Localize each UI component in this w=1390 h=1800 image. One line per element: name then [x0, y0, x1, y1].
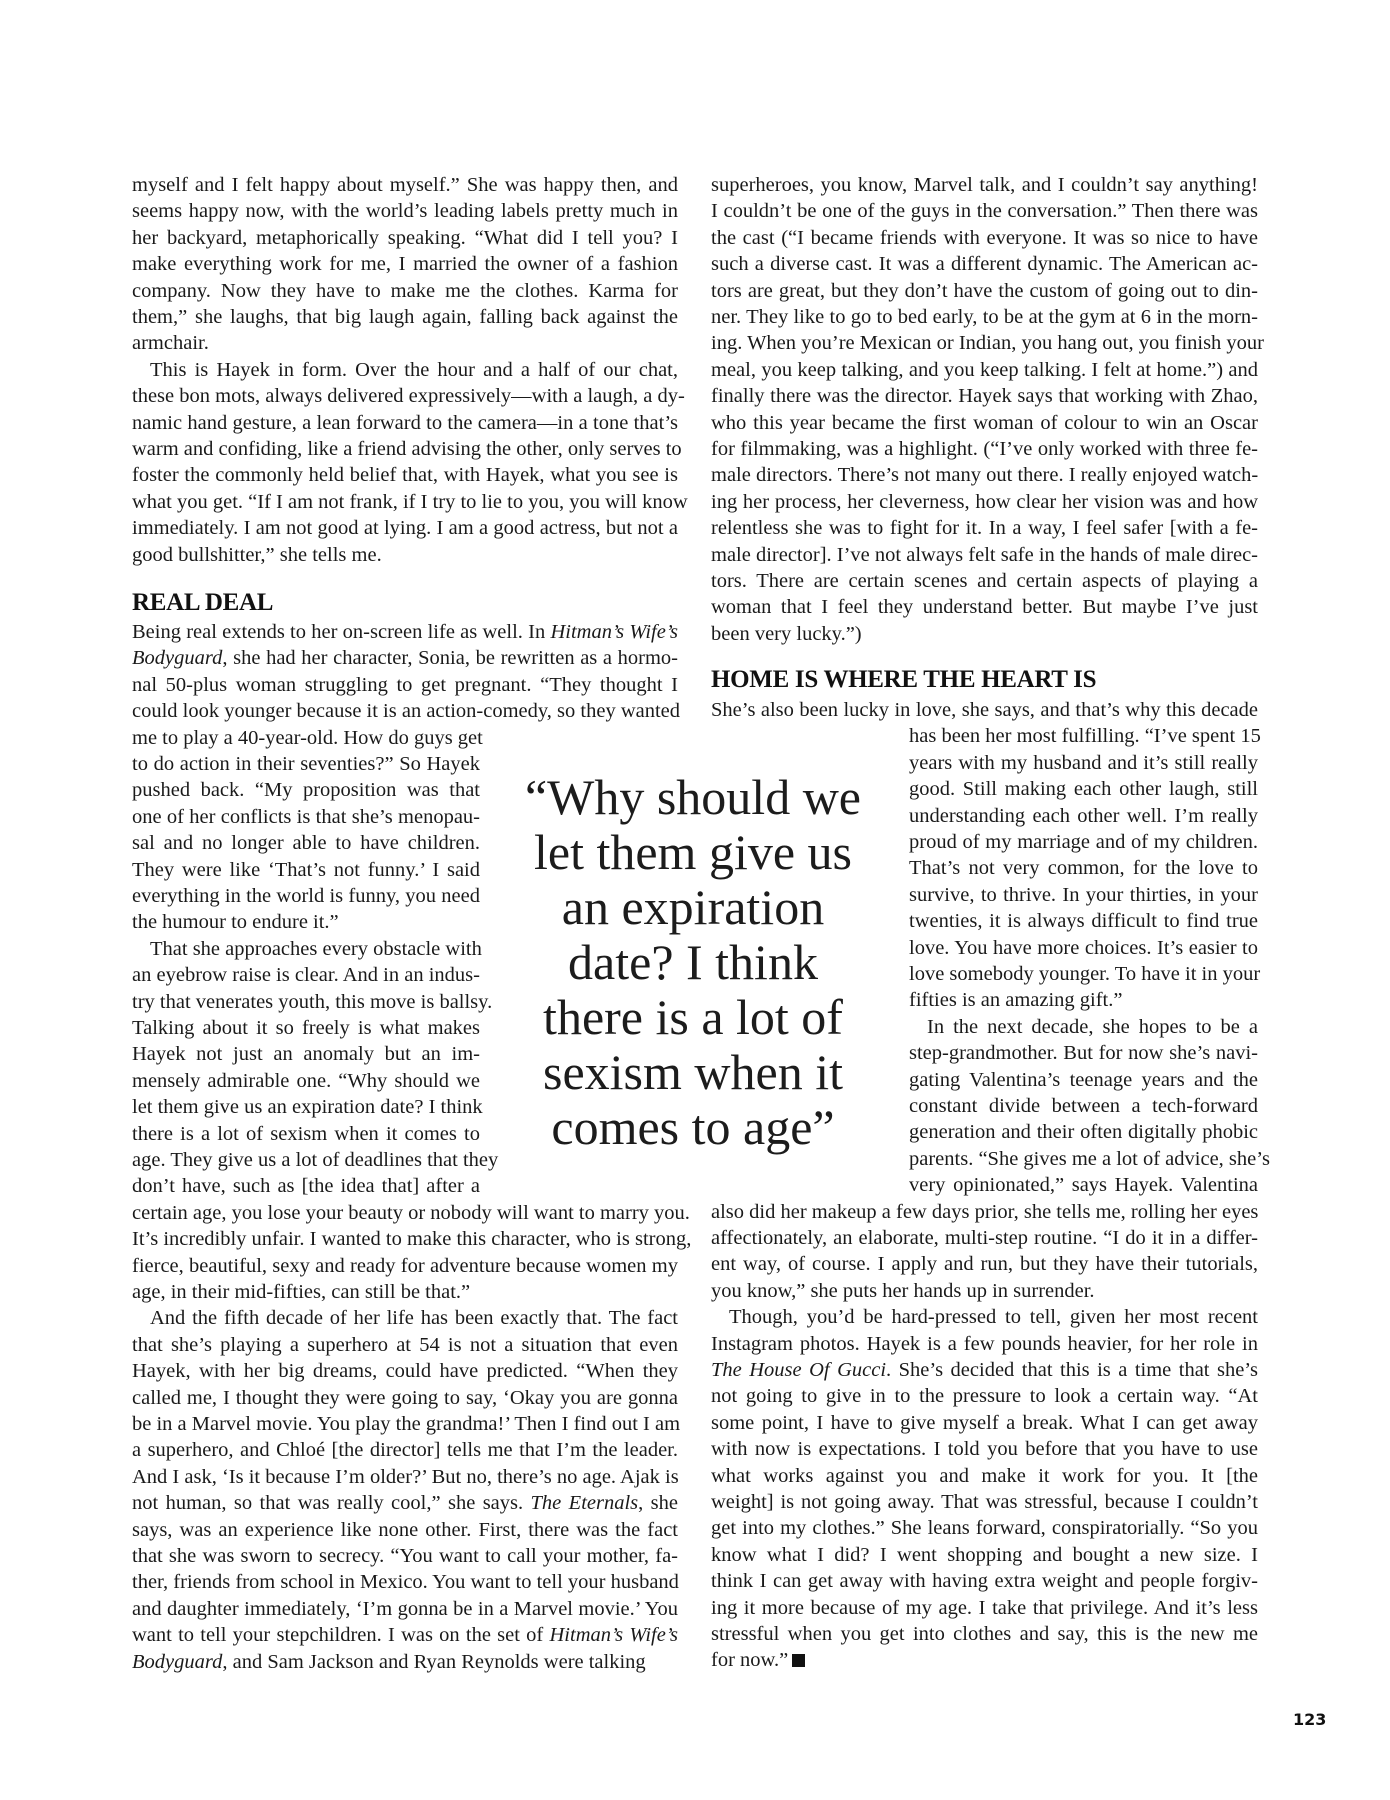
body-text-line: ing her process, her cleverness, how cle… — [711, 489, 1258, 515]
body-text-line: seems happy now, with the world’s leadin… — [132, 198, 678, 224]
body-text-line: step-grandmother. But for now she’s navi… — [909, 1040, 1258, 1066]
pull-quote-line: an expiration — [520, 880, 866, 935]
body-text-line: finally there was the director. Hayek sa… — [711, 383, 1258, 409]
body-text-line: very opinionated,” says Hayek. Valentina — [909, 1172, 1258, 1198]
body-text-line: survive, to thrive. In your thirties, in… — [909, 882, 1258, 908]
italic-title: Bodyguard — [132, 1651, 222, 1673]
body-text-line: ing. When you’re Mexican or Indian, you … — [711, 330, 1258, 356]
body-text-line: age. They give us a lot of deadlines tha… — [132, 1147, 480, 1173]
body-text-line: Hayek, with her big dreams, could have p… — [132, 1358, 678, 1384]
pull-quote: “Why should we let them give us an expir… — [520, 770, 866, 1155]
body-text-line: sal and no longer able to have children. — [132, 830, 480, 856]
body-text-line: That she approaches every obstacle with — [132, 936, 480, 962]
body-text-line: foster the commonly held belief that, wi… — [132, 462, 678, 488]
body-text-line: They were like ‘That’s not funny.’ I sai… — [132, 857, 480, 883]
body-text-line: an eyebrow raise is clear. And in an ind… — [132, 962, 480, 988]
body-text-line: love. You have more choices. It’s easier… — [909, 935, 1258, 961]
body-text-line: tors. There are certain scenes and certa… — [711, 568, 1258, 594]
body-text-line: constant divide between a tech-forward — [909, 1093, 1258, 1119]
body-text-line: her backyard, metaphorically speaking. “… — [132, 225, 678, 251]
body-text-line: ner. They like to go to bed early, to be… — [711, 304, 1258, 330]
body-text-line: there is a lot of sexism when it comes t… — [132, 1121, 480, 1147]
body-text-line: tors are great, but they don’t have the … — [711, 278, 1258, 304]
body-text-line: relentless she was to fight for it. In a… — [711, 515, 1258, 541]
magazine-page: REAL DEAL HOME IS WHERE THE HEART IS “Wh… — [0, 0, 1390, 1800]
body-text-line: has been her most fulfilling. “I’ve spen… — [909, 723, 1258, 749]
body-text-line: gating Valentina’s teenage years and the — [909, 1067, 1258, 1093]
pull-quote-line: sexism when it — [520, 1045, 866, 1100]
body-text-line: ent way, of course. I apply and run, but… — [711, 1251, 1258, 1277]
body-text-line: let them give us an expiration date? I t… — [132, 1094, 480, 1120]
body-text-line: immediately. I am not good at lying. I a… — [132, 515, 678, 541]
body-text-line: generation and their often digitally pho… — [909, 1119, 1258, 1145]
body-text-line: with now is expectations. I told you bef… — [711, 1436, 1258, 1462]
pull-quote-line: comes to age” — [520, 1100, 866, 1155]
body-text-line: fierce, beautiful, sexy and ready for ad… — [132, 1253, 678, 1279]
body-text-line: Bodyguard, and Sam Jackson and Ryan Reyn… — [132, 1649, 678, 1675]
pull-quote-line: date? I think — [520, 935, 866, 990]
body-text-line: years with my husband and it’s still rea… — [909, 750, 1258, 776]
body-text-line: me to play a 40-year-old. How do guys ge… — [132, 725, 480, 751]
body-text-line: nal 50-plus woman struggling to get preg… — [132, 672, 678, 698]
body-text-line: weight] is not going away. That was stre… — [711, 1489, 1258, 1515]
body-text-line: don’t have, such as [the idea that] afte… — [132, 1173, 480, 1199]
body-text-line: try that venerates youth, this move is b… — [132, 989, 480, 1015]
body-text-line: everything in the world is funny, you ne… — [132, 883, 480, 909]
end-mark-square-icon — [792, 1654, 805, 1667]
body-text-line: Hayek not just an anomaly but an im- — [132, 1041, 480, 1067]
italic-title: The Eternals — [531, 1492, 639, 1514]
body-text-line: one of her conflicts is that she’s menop… — [132, 804, 480, 830]
body-text-line: could look younger because it is an acti… — [132, 698, 678, 724]
body-text-line: called me, I thought they were going to … — [132, 1385, 678, 1411]
body-text-line: Bodyguard, she had her character, Sonia,… — [132, 645, 678, 671]
body-text-line: such a diverse cast. It was a different … — [711, 251, 1258, 277]
body-text-line: twenties, it is always difficult to find… — [909, 908, 1258, 934]
body-text-line: think I can get away with having extra w… — [711, 1568, 1258, 1594]
body-text-line: understanding each other well. I’m reall… — [909, 803, 1258, 829]
italic-title: Hitman’s Wife’s — [550, 1624, 679, 1646]
italic-title: The House Of Gucci — [711, 1359, 886, 1381]
body-text-line: Being real extends to her on-screen life… — [132, 619, 678, 645]
body-text-line: and daughter immediately, ‘I’m gonna be … — [132, 1596, 678, 1622]
body-text-line: good bullshitter,” she tells me. — [132, 542, 678, 568]
body-text-line: certain age, you lose your beauty or nob… — [132, 1200, 678, 1226]
body-text-line: It’s incredibly unfair. I wanted to make… — [132, 1226, 678, 1252]
body-text-line: fifties is an amazing gift.” — [909, 987, 1258, 1013]
body-text-line: to do action in their seventies?” So Hay… — [132, 751, 480, 777]
body-text-line: says, was an experience like none other.… — [132, 1517, 678, 1543]
body-text-line: proud of my marriage and of my children. — [909, 829, 1258, 855]
body-text-line: This is Hayek in form. Over the hour and… — [132, 357, 678, 383]
body-text-line: I couldn’t be one of the guys in the con… — [711, 198, 1258, 224]
body-text-line: age, in their mid-fifties, can still be … — [132, 1279, 678, 1305]
body-text-line: She’s also been lucky in love, she says,… — [711, 697, 1258, 723]
pull-quote-line: there is a lot of — [520, 990, 866, 1045]
body-text-line: company. Now they have to make me the cl… — [132, 278, 678, 304]
italic-title: Hitman’s Wife’s — [550, 621, 678, 643]
body-text-line: them,” she laughs, that big laugh again,… — [132, 304, 678, 330]
body-text-line: know what I did? I went shopping and bou… — [711, 1542, 1258, 1568]
body-text-line: ther, friends from school in Mexico. You… — [132, 1569, 678, 1595]
pull-quote-line: “Why should we — [520, 770, 866, 825]
body-text-line: the humour to endure it.” — [132, 909, 480, 935]
body-text-line: good. Still making each other laugh, sti… — [909, 776, 1258, 802]
body-text-line: stressful when you get into clothes and … — [711, 1621, 1258, 1647]
page-number: 123 — [1293, 1710, 1326, 1729]
body-text-line: get into my clothes.” She leans forward,… — [711, 1515, 1258, 1541]
body-text-line: that she’s playing a superhero at 54 is … — [132, 1332, 678, 1358]
body-text-line: ing it more because of my age. I take th… — [711, 1595, 1258, 1621]
heading-home-is-where-the-heart-is: HOME IS WHERE THE HEART IS — [711, 667, 1096, 693]
italic-title: Bodyguard — [132, 647, 222, 669]
body-text-line: mensely admirable one. “Why should we — [132, 1068, 480, 1094]
body-text-line: some point, I have to give myself a brea… — [711, 1410, 1258, 1436]
body-text-line: That’s not very common, for the love to — [909, 855, 1258, 881]
body-text-line: what you get. “If I am not frank, if I t… — [132, 489, 678, 515]
body-text-line: make everything work for me, I married t… — [132, 251, 678, 277]
body-text-line: be in a Marvel movie. You play the grand… — [132, 1411, 678, 1437]
body-text-line: The House Of Gucci. She’s decided that t… — [711, 1357, 1258, 1383]
body-text-line: for filmmaking, was a highlight. (“I’ve … — [711, 436, 1258, 462]
body-text-line: myself and I felt happy about myself.” S… — [132, 172, 678, 198]
body-text-line: In the next decade, she hopes to be a — [909, 1014, 1258, 1040]
body-text-line: armchair. — [132, 330, 678, 356]
body-text-line: And the fifth decade of her life has bee… — [132, 1305, 678, 1331]
pull-quote-line: let them give us — [520, 825, 866, 880]
body-text-line: namic hand gesture, a lean forward to th… — [132, 410, 678, 436]
body-text-line: been very lucky.”) — [711, 621, 1258, 647]
body-text-line: woman that I feel they understand better… — [711, 594, 1258, 620]
body-text-line: who this year became the first woman of … — [711, 410, 1258, 436]
body-text-line: the cast (“I became friends with everyon… — [711, 225, 1258, 251]
body-text-line: superheroes, you know, Marvel talk, and … — [711, 172, 1258, 198]
body-text-line: And I ask, ‘Is it because I’m older?’ Bu… — [132, 1464, 678, 1490]
body-text-line: parents. “She gives me a lot of advice, … — [909, 1146, 1258, 1172]
body-text-line: that she was sworn to secrecy. “You want… — [132, 1543, 678, 1569]
body-text-line: affectionately, an elaborate, multi-step… — [711, 1225, 1258, 1251]
body-text-line: Instagram photos. Hayek is a few pounds … — [711, 1331, 1258, 1357]
body-text-line: not going to give in to the pressure to … — [711, 1383, 1258, 1409]
body-text-line: warm and confiding, like a friend advisi… — [132, 436, 678, 462]
heading-real-deal: REAL DEAL — [132, 590, 273, 616]
body-text-line: Though, you’d be hard-pressed to tell, g… — [711, 1304, 1258, 1330]
body-text-line: meal, you keep talking, and you keep tal… — [711, 357, 1258, 383]
body-text-line: Talking about it so freely is what makes — [132, 1015, 480, 1041]
body-text-line: male director]. I’ve not always felt saf… — [711, 542, 1258, 568]
body-text-line: want to tell your stepchildren. I was on… — [132, 1622, 678, 1648]
body-text-line: love somebody younger. To have it in you… — [909, 961, 1258, 987]
body-text-line: you know,” she puts her hands up in surr… — [711, 1278, 1258, 1304]
body-text-line: what works against you and make it work … — [711, 1463, 1258, 1489]
body-text-line: a superhero, and Chloé [the director] te… — [132, 1437, 678, 1463]
body-text-line: pushed back. “My proposition was that — [132, 777, 480, 803]
body-text-line: not human, so that was really cool,” she… — [132, 1490, 678, 1516]
body-text-line: these bon mots, always delivered express… — [132, 383, 678, 409]
body-text-line: for now.” — [711, 1647, 1258, 1673]
body-text-line: male directors. There’s not many out the… — [711, 462, 1258, 488]
body-text-line: also did her makeup a few days prior, sh… — [711, 1199, 1258, 1225]
